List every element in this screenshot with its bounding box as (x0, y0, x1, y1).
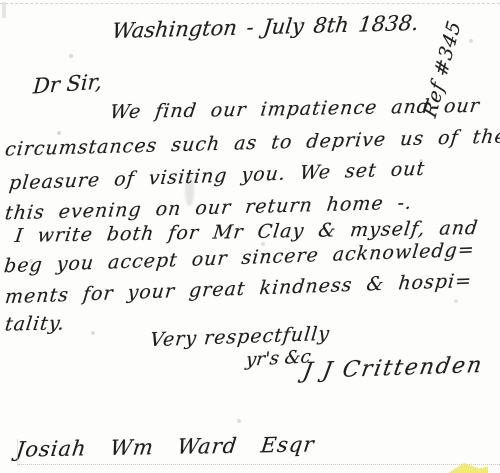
scan-edge-left-corner (2, 2, 6, 18)
body-line: circumstances such as to deprive us of t… (4, 126, 500, 160)
salutation: Dr Sir, (32, 71, 103, 99)
scan-edge-bottom (18, 464, 500, 465)
body-line: pleasure of visiting you. We set out (8, 159, 426, 195)
addressee-line: Josiah Wm Ward Esqr (15, 433, 316, 461)
scan-edge-top (0, 3, 500, 4)
signature: J J Crittenden (301, 354, 485, 385)
body-line: We find our impatience and our (109, 96, 481, 123)
letter-scan: Washington - July 8th 1838. Ref #345 Dr … (0, 0, 500, 473)
dateline: Washington - July 8th 1838. (111, 12, 420, 43)
dust-specks (0, 0, 2, 2)
body-line: ments for your great kindness & hospi= (4, 271, 473, 308)
signoff-line: yr's &c (245, 347, 312, 370)
body-line: tality. (4, 313, 67, 335)
scan-edge-left (17, 439, 18, 466)
